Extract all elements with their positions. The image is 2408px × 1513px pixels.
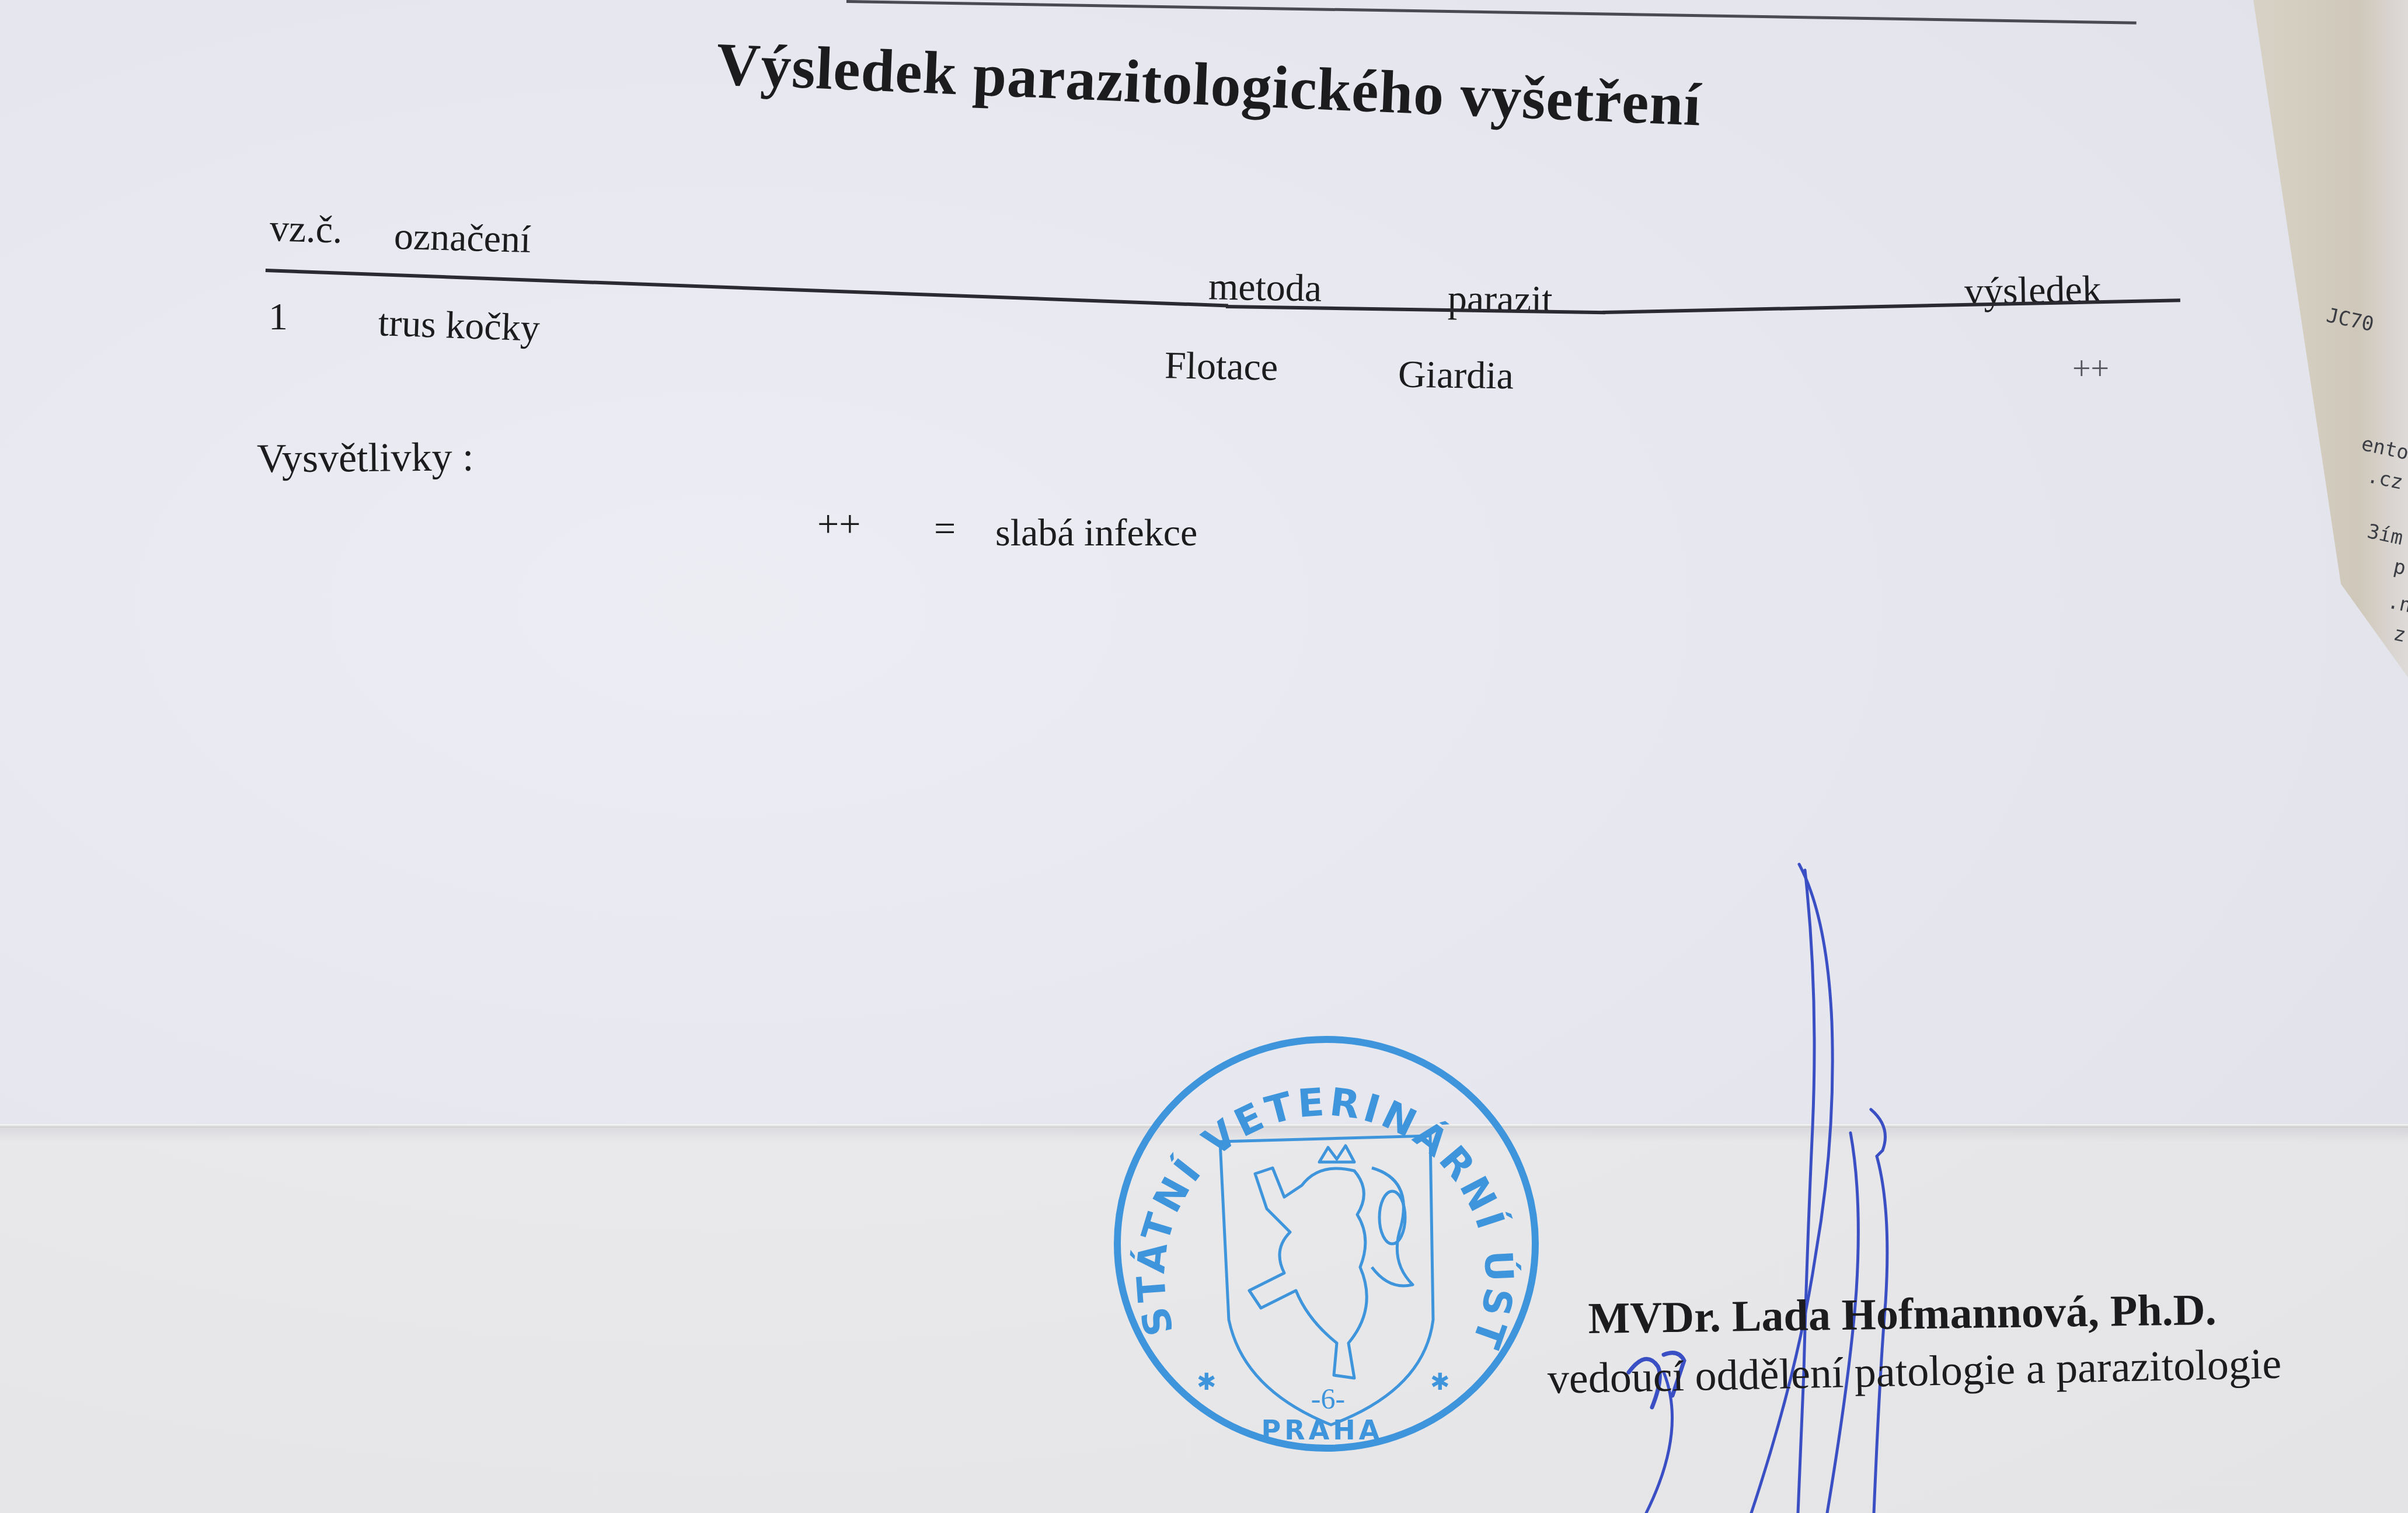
czech-lion-icon <box>1249 1146 1413 1378</box>
background-text-fragment: ЈС70 <box>2325 304 2376 336</box>
stamp-city: PRAHA <box>1262 1414 1384 1446</box>
background-text-fragment: .cz <box>2365 464 2405 495</box>
official-stamp: STÁTNÍ VETERINÁRNÍ ÚSTAV ✱ ✱ -6- PRAHA <box>1097 1016 1553 1472</box>
stamp-number: -6- <box>1311 1382 1345 1415</box>
background-text-fragment: .n <box>2386 590 2408 618</box>
cell-parasite: Giardia <box>1398 353 1514 399</box>
legend-meaning: slabá infekce <box>995 511 1197 555</box>
background-text-fragment: 3ím <box>2365 520 2405 550</box>
cell-sample-no: 1 <box>269 295 288 339</box>
header-result: výsledek <box>1964 267 2102 314</box>
legend-equals: = <box>934 507 956 551</box>
background-text-fragment: ento <box>2360 432 2408 465</box>
cell-result: ++ <box>2072 350 2109 388</box>
document-title: Výsledek parazitologického vyšetření <box>715 29 1703 140</box>
background-text-fragment: z <box>2392 622 2408 647</box>
lab-report-paper: Výsledek parazitologického vyšetření vz.… <box>0 0 2408 1513</box>
header-sample-no: vz.č. <box>269 206 343 252</box>
handwritten-signature <box>1576 847 1985 1513</box>
background-text-fragment: p <box>2392 555 2408 580</box>
cell-method: Flotace <box>1164 343 1278 389</box>
stamp-graphic: STÁTNÍ VETERINÁRNÍ ÚSTAV ✱ ✱ -6- PRAHA <box>1097 1016 1553 1472</box>
legend-heading: Vysvětlivky : <box>257 434 474 482</box>
legend-symbol: ++ <box>817 502 860 547</box>
signer-name: MVDr. Lada Hofmannová, Ph.D. <box>1588 1285 2217 1344</box>
cell-label: trus kočky <box>378 301 541 351</box>
stamp-star-left: ✱ <box>1197 1369 1217 1396</box>
header-label: označení <box>393 214 531 262</box>
stamp-star-right: ✱ <box>1430 1369 1450 1396</box>
header-parasite: parazit <box>1448 277 1553 322</box>
header-rule <box>846 0 2137 25</box>
stamp-ring-text: STÁTNÍ VETERINÁRNÍ ÚSTAV <box>1097 1016 1522 1354</box>
